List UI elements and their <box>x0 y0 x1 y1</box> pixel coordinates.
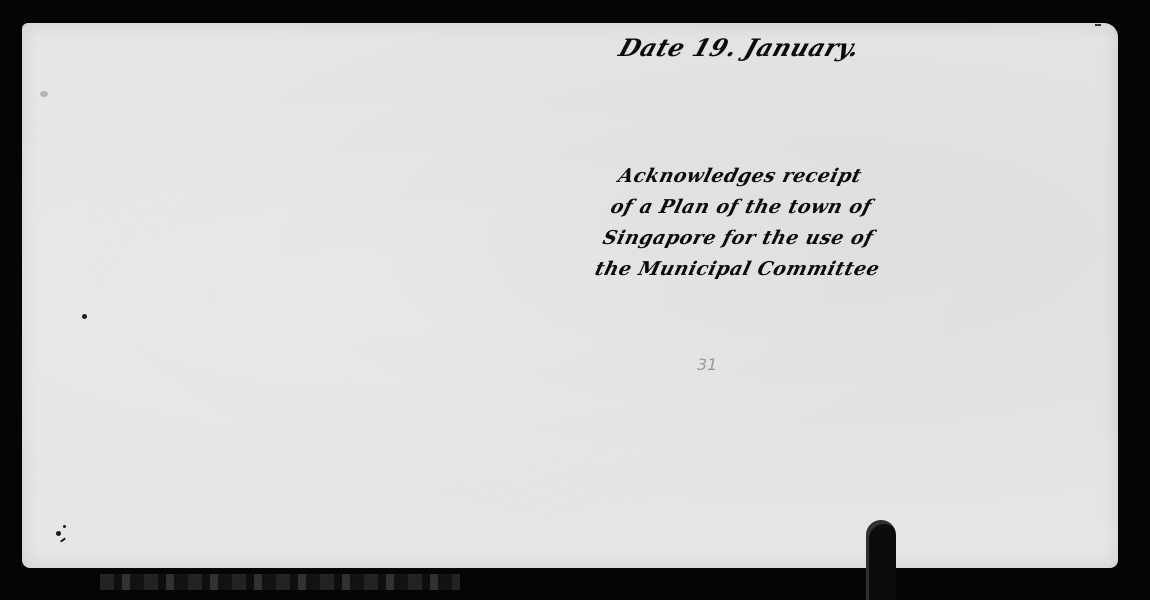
ink-dot <box>82 314 87 319</box>
note-line: Singapore for the use of <box>599 223 891 254</box>
docket-note: Acknowledges receipt of a Plan of the to… <box>592 161 907 285</box>
binder-clip <box>866 520 896 600</box>
page-edge-underneath <box>100 574 460 590</box>
edge-mark <box>1095 24 1101 26</box>
document-sheet: Date 19. January. Acknowledges receipt o… <box>22 23 1118 568</box>
ink-blot <box>63 525 66 528</box>
ink-blot <box>56 531 61 536</box>
date-line: Date 19. January. <box>615 33 864 62</box>
note-line: Acknowledges receipt <box>615 161 907 192</box>
note-line: the Municipal Committee <box>592 254 884 285</box>
note-line: of a Plan of the town of <box>607 192 899 223</box>
speckle <box>40 91 48 97</box>
pencil-folio-number: 31 <box>697 355 717 374</box>
ink-mark <box>60 537 66 542</box>
